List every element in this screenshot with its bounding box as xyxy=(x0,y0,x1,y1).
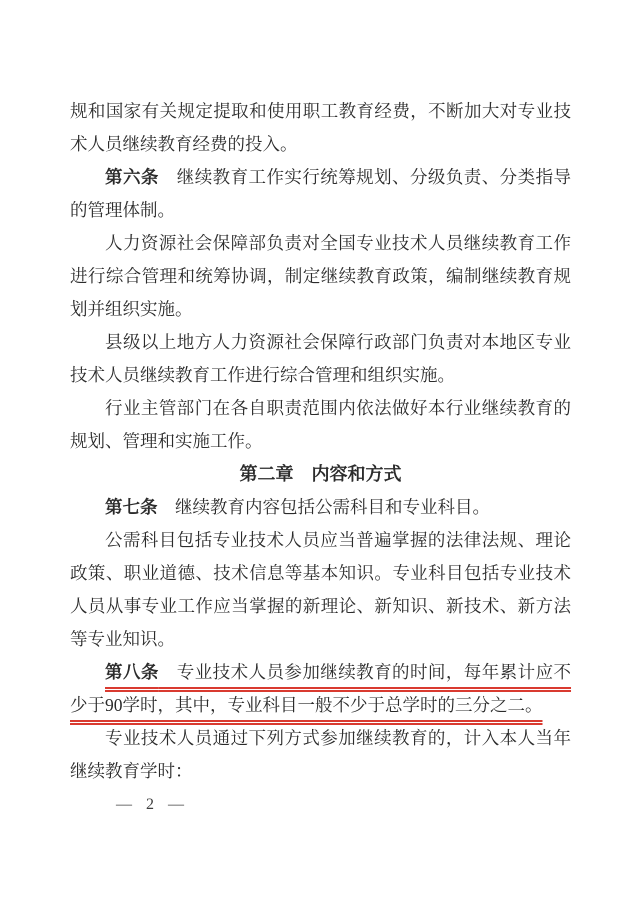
paragraph-article-7: 第七条 继续教育内容包括公需科目和专业科目。 xyxy=(70,491,571,524)
paragraph-industry-duty: 行业主管部门在各自职责范围内依法做好本行业继续教育的规划、管理和实施工作。 xyxy=(70,392,571,458)
paragraph-article-8-highlighted: 第八条 专业技术人员参加继续教育的时间，每年累计应不少于90学时，其中，专业科目… xyxy=(70,656,571,722)
page-number: — 2 — xyxy=(116,795,186,815)
paragraph-ministry-duty: 人力资源社会保障部负责对全国专业技术人员继续教育工作进行综合管理和统筹协调，制定… xyxy=(70,227,571,326)
document-body: 规和国家有关规定提取和使用职工教育经费，不断加大对专业技术人员继续教育经费的投入… xyxy=(70,95,571,788)
paragraph-local-duty: 县级以上地方人力资源社会保障行政部门负责对本地区专业技术人员继续教育工作进行综合… xyxy=(70,326,571,392)
article-7-text: 继续教育内容包括公需科目和专业科目。 xyxy=(158,497,491,517)
article-8-term: 第八条 xyxy=(105,662,159,682)
chapter-heading: 第二章 内容和方式 xyxy=(70,458,571,491)
article-7-term: 第七条 xyxy=(105,497,158,517)
red-double-underline-highlight: 第八条 专业技术人员参加继续教育的时间，每年累计应不少于90学时，其中，专业科目… xyxy=(70,662,571,715)
paragraph-article-6: 第六条 继续教育工作实行统筹规划、分级负责、分类指导的管理体制。 xyxy=(70,161,571,227)
document-page: 规和国家有关规定提取和使用职工教育经费，不断加大对专业技术人员继续教育经费的投入… xyxy=(0,0,641,900)
paragraph-continuation: 规和国家有关规定提取和使用职工教育经费，不断加大对专业技术人员继续教育经费的投入… xyxy=(70,95,571,161)
paragraph-subjects: 公需科目包括专业技术人员应当普遍掌握的法律法规、理论政策、职业道德、技术信息等基… xyxy=(70,524,571,656)
paragraph-participation-intro: 专业技术人员通过下列方式参加继续教育的，计入本人当年继续教育学时： xyxy=(70,722,571,788)
article-6-term: 第六条 xyxy=(105,167,159,187)
